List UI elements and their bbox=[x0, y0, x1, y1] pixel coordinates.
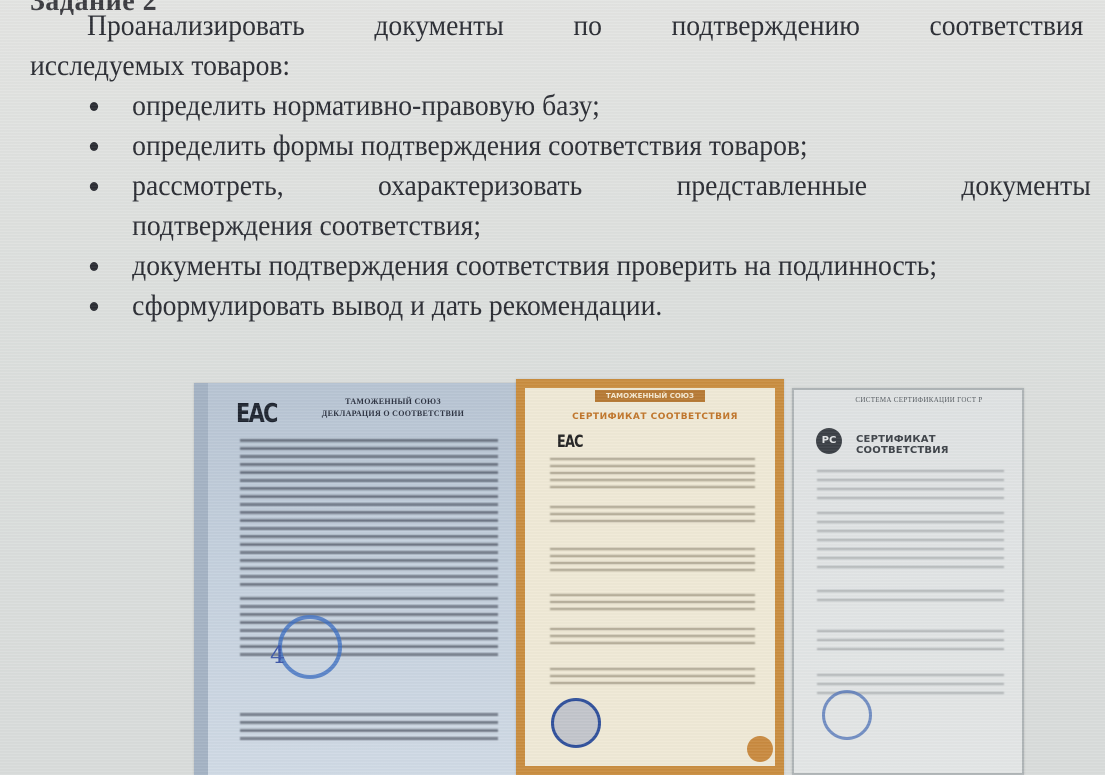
list-item: определить формы подтверждения соответст… bbox=[88, 126, 1091, 166]
doc-header: СИСТЕМА СЕРТИФИКАЦИИ ГОСТ Р bbox=[824, 396, 1014, 404]
eac-certificate-image: ТАМОЖЕННЫЙ СОЮЗ СЕРТИФИКАТ СООТВЕТСТВИЯ … bbox=[516, 379, 784, 775]
signature-icon: 4 bbox=[270, 641, 285, 669]
intro-line-2: исследуемых товаров: bbox=[30, 46, 1083, 86]
blurred-text-block bbox=[550, 594, 755, 610]
list-item-row: рассмотреть, охарактеризовать представле… bbox=[132, 166, 1091, 206]
blurred-text-block bbox=[240, 713, 498, 743]
blurred-text-block bbox=[550, 668, 755, 684]
blurred-text-block bbox=[817, 630, 1004, 656]
list-item: рассмотреть, охарактеризовать представле… bbox=[88, 166, 1091, 246]
declaration-image: ЕАС ТАМОЖЕННЫЙ СОЮЗ ДЕКЛАРАЦИЯ О СООТВЕТ… bbox=[194, 383, 523, 775]
stamp-icon bbox=[278, 615, 342, 679]
list-item-word: документы bbox=[961, 166, 1090, 206]
list-item-word: представленные bbox=[677, 166, 867, 206]
stamp-icon bbox=[822, 690, 872, 740]
task-bullet-list: определить нормативно-правовую базу; опр… bbox=[88, 86, 1091, 326]
bullet-icon bbox=[90, 102, 98, 111]
doc-header: ТАМОЖЕННЫЙ СОЮЗ bbox=[298, 397, 488, 406]
blurred-text-block bbox=[550, 506, 755, 526]
list-item-text: документы подтверждения соответствия про… bbox=[132, 249, 937, 282]
stamp-icon bbox=[551, 698, 601, 748]
doc-banner: ТАМОЖЕННЫЙ СОЮЗ bbox=[595, 390, 705, 402]
bullet-icon bbox=[90, 262, 98, 271]
list-item-word: рассмотреть, bbox=[132, 166, 283, 206]
doc-title: ДЕКЛАРАЦИЯ О СООТВЕТСТВИИ bbox=[298, 409, 488, 418]
blurred-text-block bbox=[550, 628, 755, 648]
intro-word: Проанализировать bbox=[87, 6, 305, 46]
list-item-word: охарактеризовать bbox=[378, 166, 582, 206]
eac-logo-icon: ЕАС bbox=[557, 432, 583, 452]
gost-certificate-image: СИСТЕМА СЕРТИФИКАЦИИ ГОСТ Р РС СЕРТИФИКА… bbox=[792, 388, 1024, 775]
bullet-icon bbox=[90, 182, 98, 191]
intro-word: по bbox=[573, 6, 602, 46]
intro-line-1: Проанализировать документы по подтвержде… bbox=[30, 6, 1083, 46]
list-item-text: определить нормативно-правовую базу; bbox=[132, 89, 600, 122]
rst-logo-icon: РС bbox=[816, 428, 842, 454]
doc-title: СЕРТИФИКАТ СООТВЕТСТВИЯ bbox=[856, 434, 1022, 456]
seal-icon bbox=[747, 736, 773, 762]
list-item: документы подтверждения соответствия про… bbox=[88, 246, 1091, 286]
list-item-row: подтверждения соответствия; bbox=[132, 206, 1091, 246]
list-item: определить нормативно-правовую базу; bbox=[88, 86, 1091, 126]
blurred-text-block bbox=[550, 548, 755, 574]
doc-title: СЕРТИФИКАТ СООТВЕТСТВИЯ bbox=[565, 412, 745, 422]
bullet-icon bbox=[90, 302, 98, 311]
task-intro: Проанализировать документы по подтвержде… bbox=[30, 6, 1083, 86]
intro-word: подтверждению bbox=[672, 6, 860, 46]
blurred-text-block bbox=[240, 439, 498, 589]
blurred-text-block bbox=[817, 470, 1004, 500]
blurred-text-block bbox=[817, 590, 1004, 606]
bullet-icon bbox=[90, 142, 98, 151]
list-item-text: определить формы подтверждения соответст… bbox=[132, 129, 807, 162]
eac-logo-icon: ЕАС bbox=[236, 399, 277, 429]
intro-word: документы bbox=[374, 6, 503, 46]
list-item-text: сформулировать вывод и дать рекомендации… bbox=[132, 289, 662, 322]
blurred-text-block bbox=[817, 512, 1004, 572]
blurred-text-block bbox=[550, 458, 755, 492]
list-item: сформулировать вывод и дать рекомендации… bbox=[88, 286, 1091, 326]
intro-word: соответствия bbox=[929, 6, 1083, 46]
